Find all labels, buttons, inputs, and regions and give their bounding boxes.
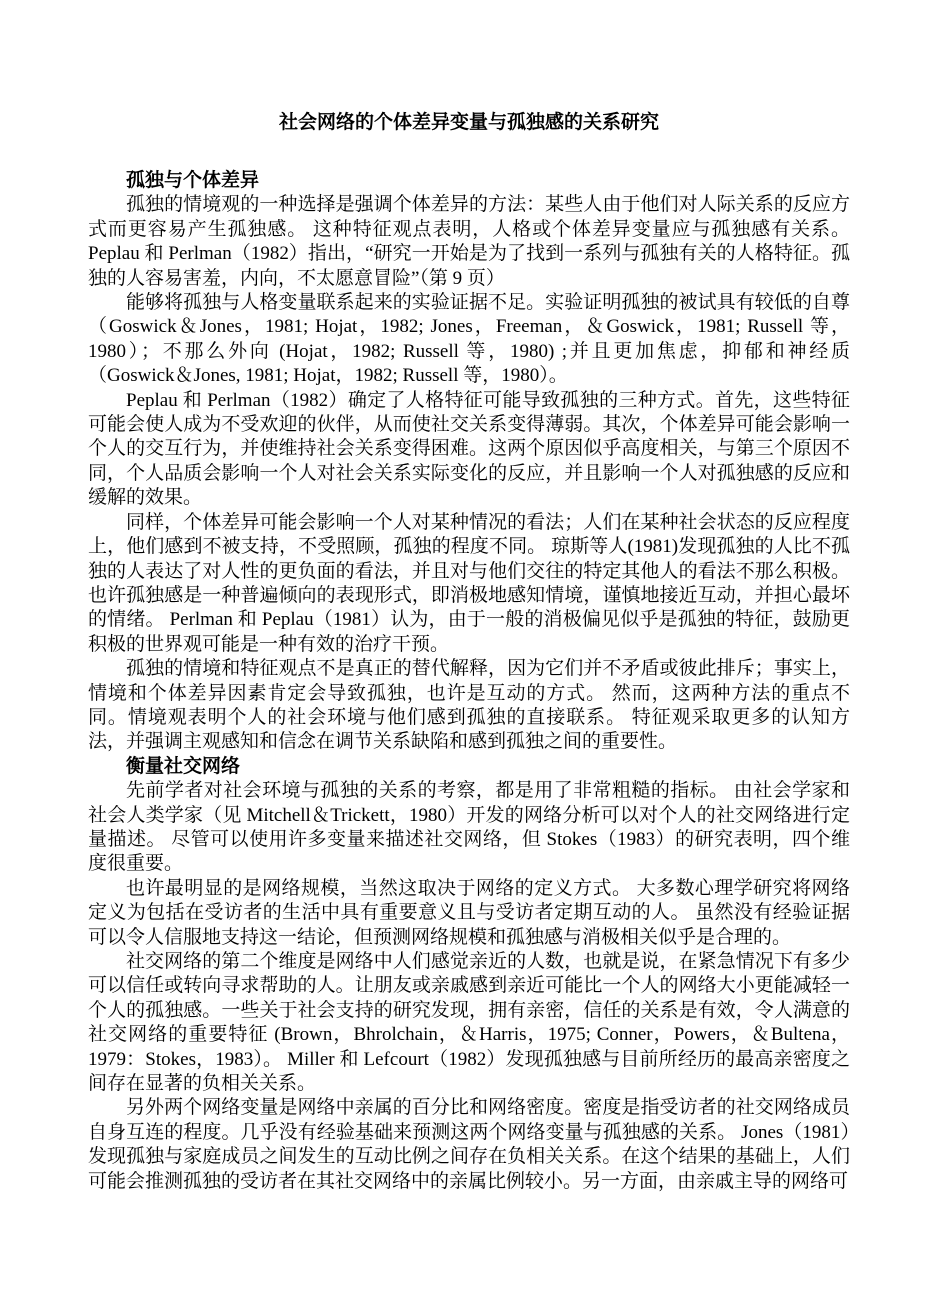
- paragraph-network-analysis: 先前学者对社会环境与孤独的关系的考察，都是用了非常粗糙的指标。 由社会学家和社会…: [88, 779, 850, 877]
- paragraph-network-size: 也许最明显的是网络规模，当然这取决于网络的定义方式。 大多数心理学研究将网络定义…: [88, 877, 850, 950]
- paragraph-experimental-evidence: 能够将孤独与人格变量联系起来的实验证据不足。实验证明孤独的被试具有较低的自尊（G…: [88, 291, 850, 389]
- paragraph-closeness-dimension: 社交网络的第二个维度是网络中人们感觉亲近的人数，也就是说，在紧急情况下有多少可以…: [88, 950, 850, 1096]
- paragraph-three-ways-traits: Peplau 和 Perlman（1982）确定了人格特征可能导致孤独的三种方式…: [88, 389, 850, 511]
- paragraph-perception-differences: 同样，个体差异可能会影响一个人对某种情况的看法；人们在某种社会状态的反应程度上，…: [88, 511, 850, 657]
- document-page: 社会网络的个体差异变量与孤独感的关系研究 孤独与个体差异 孤独的情境观的一种选择…: [88, 110, 850, 1194]
- paragraph-kin-percentage-density: 另外两个网络变量是网络中亲属的百分比和网络密度。密度是指受访者的社交网络成员自身…: [88, 1096, 850, 1194]
- section-heading-measuring-social-network: 衡量社交网络: [88, 755, 850, 779]
- document-title: 社会网络的个体差异变量与孤独感的关系研究: [88, 110, 850, 135]
- paragraph-situational-vs-trait: 孤独的情境和特征观点不是真正的替代解释，因为它们并不矛盾或彼此排斥；事实上，情境…: [88, 657, 850, 755]
- section-heading-loneliness-individual-differences: 孤独与个体差异: [88, 169, 850, 193]
- paragraph-situational-view: 孤独的情境观的一种选择是强调个体差异的方法：某些人由于他们对人际关系的反应方式而…: [88, 193, 850, 291]
